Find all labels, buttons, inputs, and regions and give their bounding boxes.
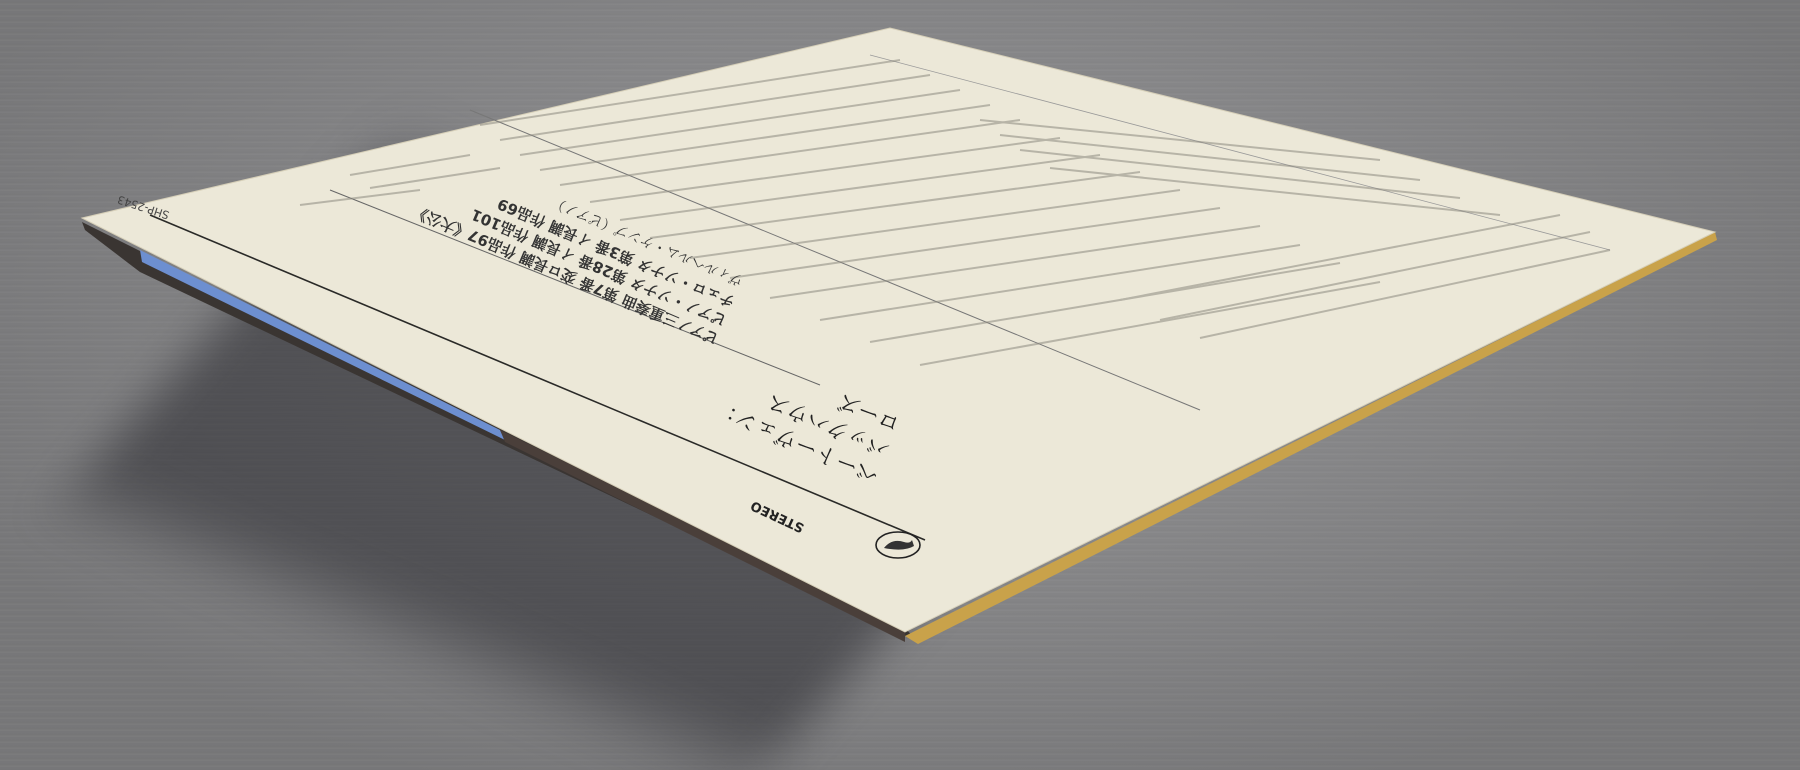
record-sleeve-scene: SHP-2543 ピアノ三重奏曲 第7番 変ロ長調 作品97《大公》 ピアノ・ソ… [0,0,1800,770]
